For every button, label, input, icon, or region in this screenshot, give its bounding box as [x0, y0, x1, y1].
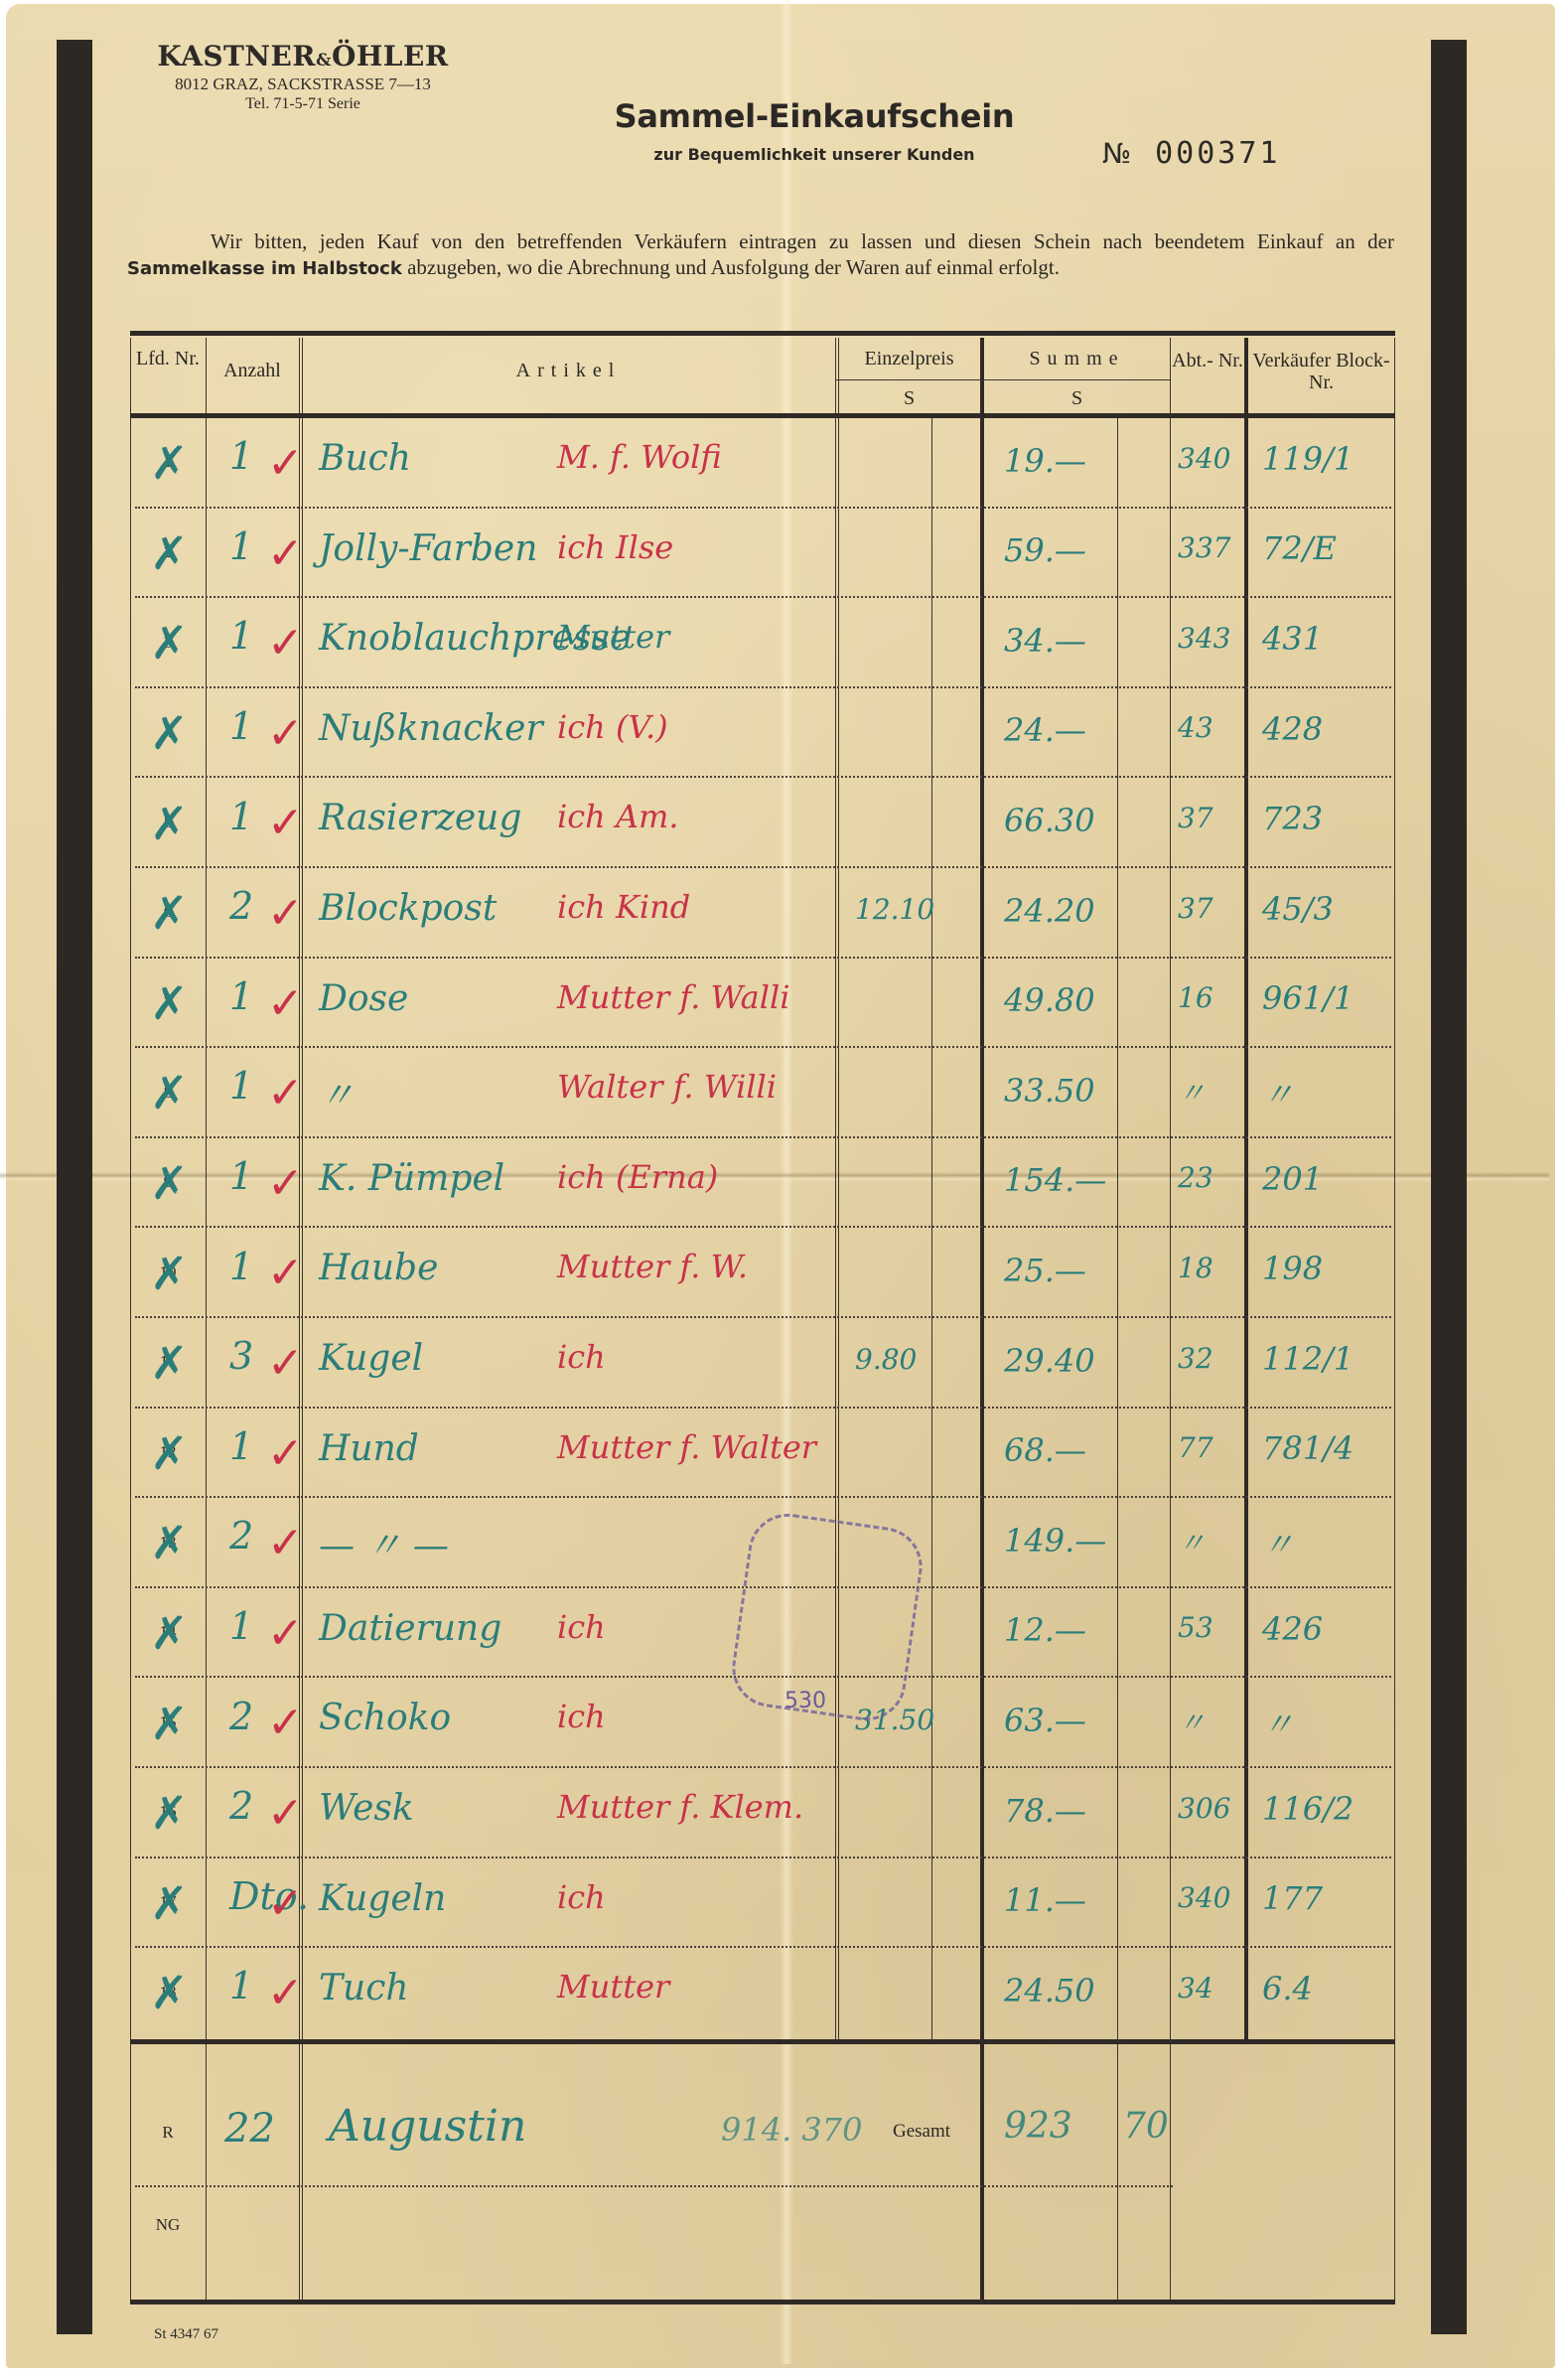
row-summe: 66.30 — [1004, 802, 1095, 839]
row-anzahl: 2 — [229, 884, 253, 928]
row-summe: 19.— — [1004, 442, 1086, 480]
row-abt-nr: 〃 — [1178, 1072, 1206, 1112]
row-anzahl: 1 — [229, 974, 253, 1018]
checked-x-icon: ✗ — [150, 616, 189, 669]
checked-x-icon: ✗ — [150, 797, 189, 850]
row-artikel: Blockpost — [319, 888, 497, 929]
checked-x-icon: ✗ — [150, 1066, 189, 1119]
row-artikel: Dose — [319, 978, 408, 1019]
row-anzahl: 2 — [229, 1514, 253, 1558]
form-code: St 4347 67 — [154, 2326, 218, 2343]
row-note: Walter f. Willi — [557, 1068, 777, 1106]
row-note: Mutter — [557, 1968, 669, 2006]
checkmark-icon: ✓ — [267, 1248, 304, 1298]
row-abt-nr: 340 — [1178, 1881, 1230, 1914]
row-summe: 11.— — [1004, 1881, 1086, 1919]
document-subtitle: zur Bequemlichkeit unserer Kunden — [566, 145, 1063, 164]
row-anzahl: 1 — [229, 1604, 253, 1648]
footer-r-anzahl: 22 — [224, 2106, 275, 2152]
gesamt-label: Gesamt — [893, 2121, 950, 2143]
row-note: ich — [557, 1338, 606, 1376]
row-abt-nr: 343 — [1178, 622, 1230, 655]
row-note: ich (V.) — [557, 708, 668, 746]
row-summe: 33.50 — [1004, 1072, 1095, 1110]
row-anzahl: 1 — [229, 614, 253, 658]
table-row: 1 ✗ 1 ✓ Buch M. f. Wolfi 19.— 340 119/1 — [130, 418, 1395, 509]
row-abt-nr: 306 — [1178, 1792, 1230, 1825]
serial-number-block: №000371 — [1102, 136, 1281, 171]
header-einzelpreis: Einzelpreis — [838, 348, 980, 370]
table-row: 8 ✗ 1 ✓ 〃 Walter f. Willi 33.50 〃 〃 — [130, 1048, 1395, 1138]
header-einzelpreis-unit: S — [838, 387, 980, 409]
table-row: 7 ✗ 1 ✓ Dose Mutter f. Walli 49.80 16 96… — [130, 959, 1395, 1049]
row-artikel: Wesk — [319, 1788, 414, 1829]
row-summe: 24.50 — [1004, 1972, 1095, 2009]
row-note: ich — [557, 1878, 606, 1916]
company-name: KASTNER&ÖHLER — [124, 40, 482, 73]
checkmark-icon: ✓ — [267, 978, 304, 1029]
row-note: ich (Erna) — [557, 1158, 718, 1196]
table-row: 18 ✗ 1 ✓ Tuch Mutter 24.50 34 6.4 — [130, 1948, 1395, 2038]
header-abt-nr: Abt.- Nr. — [1171, 350, 1244, 372]
row-block-nr: 198 — [1262, 1250, 1323, 1287]
row-note: ich — [557, 1608, 606, 1646]
table-row: 5 ✗ 1 ✓ Rasierzeug ich Am. 66.30 37 723 — [130, 778, 1395, 868]
row-artikel: K. Pümpel — [319, 1158, 504, 1199]
checked-x-icon: ✗ — [150, 1876, 189, 1930]
row-anzahl: 2 — [229, 1784, 253, 1828]
serial-number: 000371 — [1155, 136, 1280, 171]
row-block-nr: 〃 — [1262, 1520, 1294, 1565]
row-note: Mutter — [557, 618, 669, 656]
row-note: M. f. Wolfi — [557, 438, 722, 476]
row-artikel: Rasierzeug — [319, 798, 521, 838]
header-subline — [835, 379, 1170, 380]
row-abt-nr: 77 — [1178, 1431, 1213, 1464]
checked-x-icon: ✗ — [150, 886, 189, 940]
row-block-nr: 201 — [1262, 1160, 1323, 1198]
row-anzahl: 1 — [229, 1964, 253, 2007]
row-artikel: Nußknacker — [319, 708, 543, 749]
table-row: 11 ✗ 3 ✓ Kugel ich 9.80 29.40 32 112/1 — [130, 1318, 1395, 1409]
row-block-nr: 961/1 — [1262, 979, 1354, 1017]
footer-dotted-line — [135, 2185, 1173, 2187]
row-summe: 25.— — [1004, 1252, 1086, 1289]
row-abt-nr: 〃 — [1178, 1522, 1206, 1561]
company-phone: Tel. 71-5-71 Serie — [124, 95, 482, 113]
checkmark-icon: ✓ — [267, 438, 304, 489]
table-row: 9 ✗ 1 ✓ K. Pümpel ich (Erna) 154.— 23 20… — [130, 1138, 1395, 1229]
table-row: 16 ✗ 2 ✓ Wesk Mutter f. Klem. 78.— 306 1… — [130, 1768, 1395, 1859]
row-anzahl: 1 — [229, 1064, 253, 1108]
row-block-nr: 431 — [1262, 620, 1323, 658]
row-summe: 29.40 — [1004, 1342, 1095, 1380]
checked-x-icon: ✗ — [150, 706, 189, 760]
checkmark-icon: ✓ — [267, 1788, 304, 1839]
row-summe: 24.— — [1004, 711, 1086, 749]
row-abt-nr: 34 — [1178, 1972, 1213, 2005]
row-artikel: Kugel — [319, 1338, 423, 1379]
row-anzahl: 1 — [229, 795, 253, 838]
row-anzahl: 1 — [229, 1424, 253, 1468]
checked-x-icon: ✗ — [150, 1247, 189, 1300]
footer-r-label: R — [133, 2123, 203, 2143]
row-artikel: Hund — [319, 1428, 419, 1469]
row-summe: 49.80 — [1004, 981, 1095, 1019]
row-block-nr: 781/4 — [1262, 1429, 1354, 1467]
row-artikel: Jolly-Farben — [319, 528, 537, 569]
instructions-text: Wir bitten, jeden Kauf von den betreffen… — [127, 228, 1394, 282]
instructions-bold: Sammelkasse im Halbstock — [127, 258, 402, 279]
row-block-nr: 428 — [1262, 710, 1323, 748]
checkmark-icon: ✓ — [267, 1698, 304, 1748]
footer-r-extra: 914. 370 — [721, 2111, 863, 2149]
table-row: 2 ✗ 1 ✓ Jolly-Farben ich Ilse 59.— 337 7… — [130, 509, 1395, 599]
row-note: Mutter f. Walter — [557, 1428, 816, 1466]
checked-x-icon: ✗ — [150, 1516, 189, 1569]
row-summe: 12.— — [1004, 1611, 1086, 1649]
table-row: 4 ✗ 1 ✓ Nußknacker ich (V.) 24.— 43 428 — [130, 688, 1395, 779]
checked-x-icon: ✗ — [150, 1156, 189, 1210]
row-anzahl: 1 — [229, 524, 253, 568]
row-abt-nr: 32 — [1178, 1342, 1213, 1375]
purchase-table: Lfd. Nr. Anzahl Artikel Einzelpreis S Su… — [130, 338, 1395, 2305]
row-summe: 68.— — [1004, 1431, 1086, 1469]
row-abt-nr: 18 — [1178, 1252, 1213, 1284]
table-row: 6 ✗ 2 ✓ Blockpost ich Kind 12.10 24.20 3… — [130, 868, 1395, 959]
row-block-nr: 119/1 — [1262, 440, 1354, 478]
row-einzelpreis: 12.10 — [855, 893, 934, 926]
row-anzahl: 1 — [229, 704, 253, 748]
checkmark-icon: ✓ — [267, 798, 304, 848]
row-anzahl: 1 — [229, 1154, 253, 1198]
row-note: ich — [557, 1698, 606, 1735]
document-title-block: Sammel-Einkaufschein zur Bequemlichkeit … — [566, 97, 1063, 164]
row-artikel: Tuch — [319, 1968, 409, 2008]
row-block-nr: 45/3 — [1262, 890, 1334, 928]
row-note: ich Ilse — [557, 528, 673, 566]
row-artikel: Haube — [319, 1248, 438, 1288]
checked-x-icon: ✗ — [150, 436, 189, 490]
row-abt-nr: 16 — [1178, 981, 1213, 1014]
row-anzahl: 3 — [229, 1334, 253, 1378]
checkmark-icon: ✓ — [267, 1878, 304, 1929]
checked-x-icon: ✗ — [150, 1426, 189, 1480]
row-summe: 24.20 — [1004, 892, 1095, 930]
row-note: Mutter f. Klem. — [557, 1788, 803, 1826]
octagonal-stamp — [727, 1509, 927, 1726]
gesamt-schilling: 923 — [1004, 2106, 1072, 2147]
row-einzelpreis: 9.80 — [855, 1343, 917, 1376]
rows-end-rule — [130, 2039, 1395, 2044]
checked-x-icon: ✗ — [150, 1606, 189, 1660]
checked-x-icon: ✗ — [150, 1336, 189, 1390]
left-black-bar — [57, 40, 92, 2334]
row-block-nr: 〃 — [1262, 1070, 1294, 1115]
header-summe-unit: S — [984, 387, 1170, 409]
row-block-nr: 6.4 — [1262, 1970, 1313, 2007]
footer-ng-label: NG — [133, 2215, 203, 2235]
row-anzahl: 2 — [229, 1695, 253, 1738]
row-abt-nr: 23 — [1178, 1161, 1213, 1194]
checkmark-icon: ✓ — [267, 1158, 304, 1209]
row-artikel: 〃 — [319, 1068, 355, 1118]
row-summe: 154.— — [1004, 1161, 1106, 1199]
row-note: ich Am. — [557, 798, 679, 835]
stamp-number: 530 — [784, 1689, 826, 1713]
top-rule — [130, 331, 1395, 336]
company-header: KASTNER&ÖHLER 8012 GRAZ, SACKSTRASSE 7—1… — [124, 40, 482, 113]
row-artikel: Buch — [319, 438, 411, 479]
row-abt-nr: 340 — [1178, 442, 1230, 475]
checked-x-icon: ✗ — [150, 976, 189, 1030]
row-summe: 63.— — [1004, 1702, 1086, 1739]
document-title: Sammel-Einkaufschein — [566, 97, 1063, 135]
checked-x-icon: ✗ — [150, 1786, 189, 1840]
row-block-nr: 426 — [1262, 1610, 1323, 1648]
checked-x-icon: ✗ — [150, 526, 189, 580]
row-abt-nr: 37 — [1178, 892, 1213, 925]
row-artikel: Schoko — [319, 1698, 451, 1738]
row-anzahl: 1 — [229, 1245, 253, 1288]
checkmark-icon: ✓ — [267, 1428, 304, 1479]
row-abt-nr: 337 — [1178, 531, 1230, 564]
row-block-nr: 116/2 — [1262, 1790, 1354, 1828]
row-artikel: Kugeln — [319, 1878, 446, 1919]
table-bottom-rule — [130, 2300, 1395, 2305]
footer-r-name: Augustin — [329, 2101, 526, 2152]
company-address: 8012 GRAZ, SACKSTRASSE 7—13 — [124, 74, 482, 94]
header-verkaeufer-block-nr: Verkäufer Block-Nr. — [1248, 350, 1394, 393]
row-summe: 149.— — [1004, 1522, 1106, 1560]
row-note: ich Kind — [557, 888, 690, 926]
table-row: 12 ✗ 1 ✓ Hund Mutter f. Walter 68.— 77 7… — [130, 1409, 1395, 1499]
table-row: 17 ✗ Dto. ✓ Kugeln ich 11.— 340 177 — [130, 1859, 1395, 1949]
checkmark-icon: ✓ — [267, 618, 304, 669]
row-block-nr: 723 — [1262, 800, 1323, 837]
row-note: Mutter f. Walli — [557, 978, 789, 1016]
checkmark-icon: ✓ — [267, 708, 304, 759]
header-artikel: Artikel — [302, 360, 835, 381]
row-note: Mutter f. W. — [557, 1248, 748, 1285]
checkmark-icon: ✓ — [267, 1068, 304, 1118]
header-anzahl: Anzahl — [206, 360, 299, 381]
row-summe: 34.— — [1004, 622, 1086, 660]
row-summe: 78.— — [1004, 1792, 1086, 1830]
row-abt-nr: 43 — [1178, 711, 1213, 744]
gesamt-groschen: 70 — [1123, 2106, 1169, 2147]
row-abt-nr: 〃 — [1178, 1702, 1206, 1741]
row-block-nr: 72/E — [1262, 529, 1337, 567]
checkmark-icon: ✓ — [267, 1338, 304, 1389]
row-block-nr: 〃 — [1262, 1700, 1294, 1745]
table-row: 3 ✗ 1 ✓ Knoblauchpresse Mutter 34.— 343 … — [130, 598, 1395, 688]
table-row: 10 ✗ 1 ✓ Haube Mutter f. W. 25.— 18 198 — [130, 1228, 1395, 1318]
checked-x-icon: ✗ — [150, 1966, 189, 2019]
row-abt-nr: 53 — [1178, 1611, 1213, 1644]
row-artikel: Datierung — [319, 1608, 501, 1649]
checkmark-icon: ✓ — [267, 1968, 304, 2018]
header-lfd-nr: Lfd. Nr. — [130, 348, 206, 370]
row-abt-nr: 37 — [1178, 802, 1213, 834]
numero-sign-icon: № — [1102, 137, 1131, 170]
checkmark-icon: ✓ — [267, 1518, 304, 1568]
right-black-bar — [1431, 40, 1467, 2334]
header-summe: Summe — [984, 348, 1170, 370]
checkmark-icon: ✓ — [267, 1608, 304, 1659]
checkmark-icon: ✓ — [267, 528, 304, 579]
row-anzahl: 1 — [229, 434, 253, 478]
row-summe: 59.— — [1004, 531, 1086, 569]
row-block-nr: 177 — [1262, 1879, 1323, 1917]
row-artikel: — 〃 — — [319, 1518, 449, 1568]
checkmark-icon: ✓ — [267, 888, 304, 939]
checked-x-icon: ✗ — [150, 1697, 189, 1750]
row-block-nr: 112/1 — [1262, 1340, 1354, 1378]
